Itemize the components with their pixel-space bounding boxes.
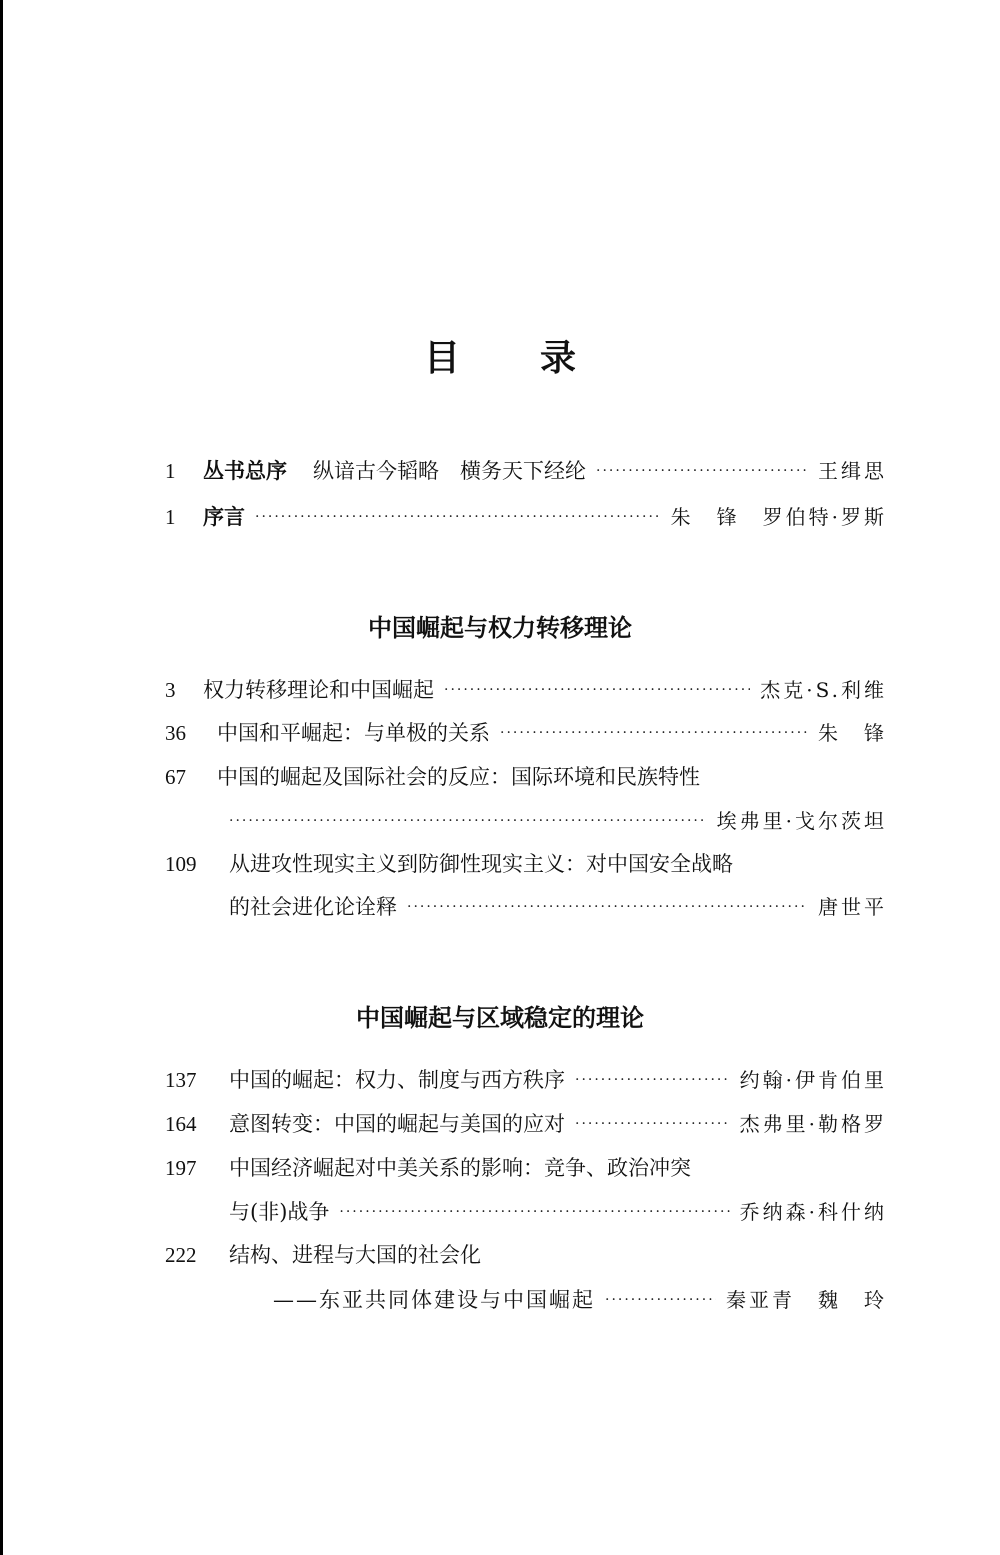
toc-entry[interactable]: 137 中国的崛起：权力、制度与西方秩序 约翰·伊肯伯里 <box>165 1064 887 1096</box>
toc-entry[interactable]: 109 从进攻性现实主义到防御性现实主义：对中国安全战略 <box>165 848 887 880</box>
dot-leader <box>444 682 750 698</box>
entry-title: 中国的崛起及国际社会的反应：国际环境和民族特性 <box>217 761 700 791</box>
toc-entry-continuation[interactable]: 与(非)战争 乔纳森·科什纳 <box>165 1196 887 1228</box>
page-number: 164 <box>165 1112 215 1137</box>
dot-leader <box>407 899 808 915</box>
page-number: 36 <box>165 721 203 746</box>
dot-leader <box>605 1292 716 1308</box>
page-number: 67 <box>165 765 203 790</box>
entry-title-line1: 中国经济崛起对中美关系的影响：竞争、政治冲突 <box>229 1152 691 1182</box>
entry-author: 朱 锋 <box>818 717 887 746</box>
entry-author: 秦亚青 魏 玲 <box>726 1284 887 1313</box>
page-number: 222 <box>165 1243 215 1268</box>
entry-author: 王缉思 <box>818 455 887 484</box>
entry-title: 丛书总序 <box>203 455 287 485</box>
entry-author: 埃弗里·戈尔茨坦 <box>717 805 887 834</box>
entry-title-line2: 的社会进化论诠释 <box>229 891 397 921</box>
dot-leader <box>255 509 661 525</box>
entry-title-line1: 结构、进程与大国的社会化 <box>229 1239 481 1269</box>
dot-leader <box>229 813 707 829</box>
entry-author: 朱 锋 罗伯特·罗斯 <box>671 501 887 530</box>
toc-entry[interactable]: 1 序言 朱 锋 罗伯特·罗斯 <box>165 501 887 533</box>
entry-subtitle: 纵谙古今韬略 横务天下经纶 <box>313 455 586 485</box>
entry-author: 唐世平 <box>818 891 887 920</box>
title-char-1: 目 <box>424 330 460 381</box>
entry-title: 中国和平崛起：与单极的关系 <box>217 717 490 747</box>
toc-entry[interactable]: 222 结构、进程与大国的社会化 <box>165 1239 887 1271</box>
section-heading: 中国崛起与权力转移理论 <box>0 608 1000 643</box>
dot-leader <box>339 1204 729 1220</box>
title-char-2: 录 <box>540 330 576 381</box>
page-number: 137 <box>165 1068 215 1093</box>
entry-subtitle: ——东亚共同体建设与中国崛起 <box>273 1284 595 1314</box>
entry-title: 权力转移理论和中国崛起 <box>203 674 434 704</box>
toc-entry-continuation[interactable]: ——东亚共同体建设与中国崛起 秦亚青 魏 玲 <box>165 1284 887 1316</box>
page-number: 1 <box>165 459 189 484</box>
section-heading: 中国崛起与区域稳定的理论 <box>0 998 1000 1033</box>
toc-entry[interactable]: 67 中国的崛起及国际社会的反应：国际环境和民族特性 <box>165 761 887 793</box>
dot-leader <box>596 463 808 479</box>
toc-entry-continuation[interactable]: 埃弗里·戈尔茨坦 <box>165 805 887 837</box>
page-number: 109 <box>165 852 215 877</box>
page-left-edge <box>0 0 3 1555</box>
toc-entry[interactable]: 36 中国和平崛起：与单极的关系 朱 锋 <box>165 717 887 749</box>
page-number: 197 <box>165 1156 215 1181</box>
toc-entry-continuation[interactable]: 的社会进化论诠释 唐世平 <box>165 891 887 923</box>
toc-entry[interactable]: 197 中国经济崛起对中美关系的影响：竞争、政治冲突 <box>165 1152 887 1184</box>
entry-title-line1: 从进攻性现实主义到防御性现实主义：对中国安全战略 <box>229 848 733 878</box>
entry-author: 杰克·S.利维 <box>760 674 887 703</box>
entry-author: 约翰·伊肯伯里 <box>740 1064 887 1093</box>
dot-leader <box>575 1116 730 1132</box>
toc-entry[interactable]: 3 权力转移理论和中国崛起 杰克·S.利维 <box>165 674 887 706</box>
entry-author: 乔纳森·科什纳 <box>740 1196 887 1225</box>
entry-title: 序言 <box>203 501 245 531</box>
toc-entry[interactable]: 1 丛书总序 纵谙古今韬略 横务天下经纶 王缉思 <box>165 455 887 487</box>
dot-leader <box>500 725 808 741</box>
page-title: 目 录 <box>0 330 1000 381</box>
dot-leader <box>575 1072 730 1088</box>
page-number: 3 <box>165 678 189 703</box>
entry-title-line2: 与(非)战争 <box>229 1196 329 1226</box>
page-number: 1 <box>165 505 189 530</box>
entry-title: 意图转变：中国的崛起与美国的应对 <box>229 1108 565 1138</box>
toc-entry[interactable]: 164 意图转变：中国的崛起与美国的应对 杰弗里·勒格罗 <box>165 1108 887 1140</box>
entry-title: 中国的崛起：权力、制度与西方秩序 <box>229 1064 565 1094</box>
entry-author: 杰弗里·勒格罗 <box>740 1108 887 1137</box>
